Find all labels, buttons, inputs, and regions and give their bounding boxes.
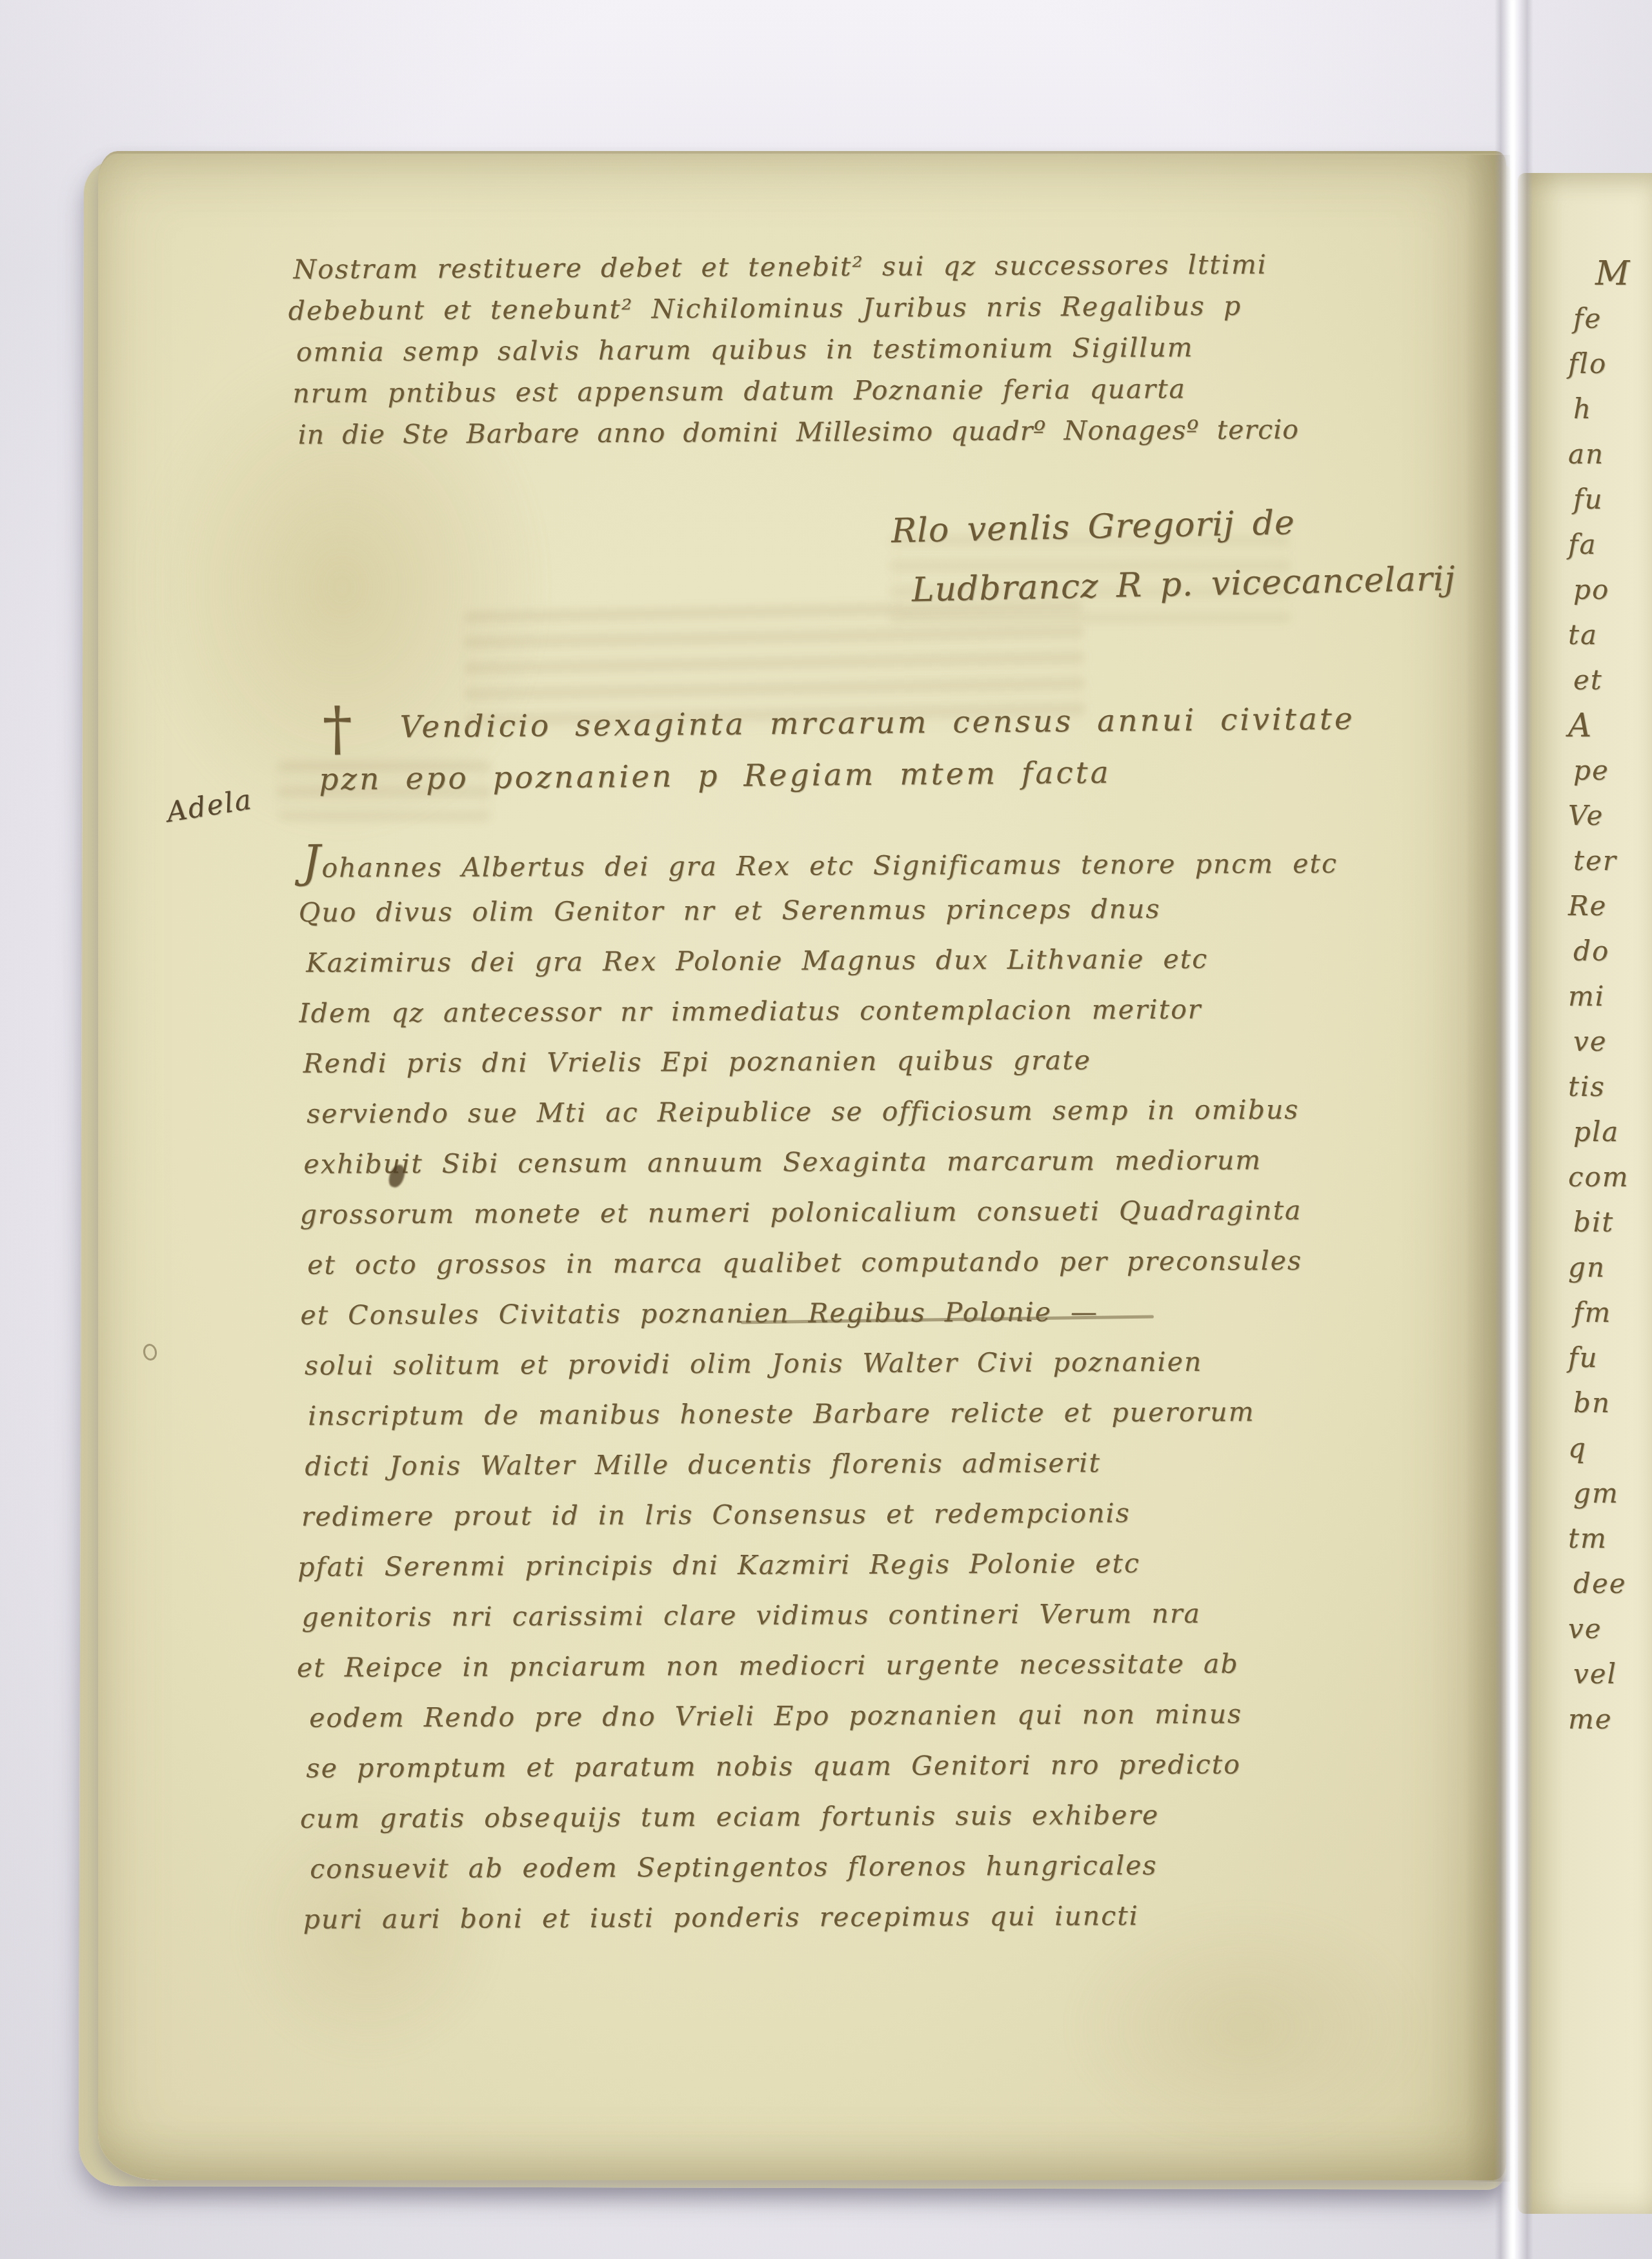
facing-line-fragment: pla: [1573, 1110, 1631, 1155]
manuscript-line: exhibuit Sibi censum annuum Sexaginta ma…: [303, 1135, 1439, 1190]
manuscript-scan: { "manuscript": { "top_paragraph": { "li…: [0, 0, 1652, 2259]
manuscript-line: Idem qz antecessor nr immediatus contemp…: [299, 984, 1438, 1039]
manuscript-line: serviendo sue Mti ac Reipublice se offic…: [307, 1084, 1439, 1140]
facing-line-fragment: fa: [1568, 523, 1631, 568]
facing-line-fragment: h: [1573, 387, 1631, 432]
facing-line-fragment: mi: [1568, 975, 1631, 1020]
facing-line-fragment: fe: [1573, 297, 1631, 342]
manuscript-line: pfati Serenmi principis dni Kazmiri Regi…: [297, 1537, 1441, 1593]
manuscript-line: Nostram restituere debet et tenebit² sui…: [293, 243, 1416, 290]
facing-line-fragment: an: [1568, 432, 1631, 478]
facing-line-fragment: Ve: [1568, 794, 1631, 839]
manuscript-line: inscriptum de manibus honeste Barbare re…: [308, 1386, 1440, 1442]
facing-line-fragment: dee: [1573, 1562, 1631, 1607]
facing-line-fragment: gm: [1573, 1472, 1631, 1517]
manuscript-line: consuevit ab eodem Septingentos florenos…: [310, 1839, 1442, 1895]
facing-line-fragment: me: [1568, 1697, 1631, 1743]
manuscript-line: Quo divus olim Genitor nr et Serenmus pr…: [299, 883, 1438, 938]
entry-heading: † Vendicio sexaginta mrcarum census annu…: [321, 694, 1418, 807]
facing-line-fragment: fu: [1573, 478, 1631, 523]
manuscript-line: Rendi pris dni Vrielis Epi poznanien qui…: [303, 1034, 1439, 1089]
facing-line-fragment: bn: [1573, 1381, 1631, 1426]
facing-line-fragment: flo: [1568, 342, 1631, 387]
facing-line-fragment: ter: [1573, 839, 1631, 884]
facing-page-text-fragments: MfeflohanfufapotaetApeVeterRedomivetispl…: [1568, 252, 1631, 1743]
manuscript-line: puri auri boni et iusti ponderis recepim…: [303, 1890, 1442, 1945]
manuscript-line: solui solitum et providi olim Jonis Walt…: [305, 1336, 1440, 1392]
manuscript-line: omnia semp salvis harum quibus in testim…: [296, 326, 1416, 373]
manuscript-line: et octo grossos in marca qualibet comput…: [307, 1235, 1440, 1291]
facing-line-fragment: bit: [1573, 1200, 1631, 1246]
facing-line-fragment: do: [1573, 929, 1631, 975]
cross-icon: †: [322, 694, 352, 763]
facing-line-fragment: com: [1568, 1155, 1631, 1200]
manuscript-line: grossorum monete et numeri polonicalium …: [300, 1185, 1440, 1241]
facing-line-fragment: et: [1573, 658, 1631, 704]
entry-body: Johannes Albertus dei gra Rex etc Signif…: [302, 833, 1442, 1945]
manuscript-line: redimere prout id in lris Consensus et r…: [301, 1487, 1441, 1543]
facing-line-fragment: q: [1568, 1426, 1631, 1472]
facing-line-fragment: ve: [1568, 1607, 1631, 1652]
manuscript-line: in die Ste Barbare anno domini Millesimo…: [298, 409, 1417, 456]
facing-line-fragment: tm: [1568, 1517, 1631, 1562]
manuscript-line: nrum pntibus est appensum datum Poznanie…: [292, 367, 1416, 414]
heading-line: pzn epo poznanien p Regiam mtem facta: [319, 745, 1419, 807]
manuscript-line: debebunt et tenebunt² Nichilominus Jurib…: [288, 285, 1416, 332]
entry-heading-lines: Vendicio sexaginta mrcarum census annui …: [321, 694, 1418, 807]
facing-line-fragment: ve: [1573, 1020, 1631, 1065]
facing-line-fragment: Re: [1568, 884, 1631, 929]
manuscript-line: se promptum et paratum nobis quam Genito…: [306, 1739, 1442, 1794]
facing-line-fragment: fu: [1568, 1336, 1631, 1381]
closing-paragraph: Nostram restituere debet et tenebit² sui…: [293, 243, 1417, 456]
facing-line-fragment: ta: [1568, 613, 1631, 658]
heading-line: Vendicio sexaginta mrcarum census annui …: [321, 694, 1418, 755]
manuscript-line: et Reipce in pnciarum non mediocri urgen…: [297, 1638, 1442, 1694]
facing-line-fragment: pe: [1573, 749, 1631, 794]
manuscript-line: dicti Jonis Walter Mille ducentis floren…: [305, 1437, 1440, 1492]
manuscript-line: genitoris nri carissimi clare vidimus co…: [301, 1588, 1441, 1643]
facing-line-fragment: vel: [1573, 1652, 1631, 1697]
relatio-line: Ludbrancz R p. vicecancelarij: [911, 551, 1456, 622]
manuscript-line: Johannes Albertus dei gra Rex etc Signif…: [302, 833, 1438, 888]
facing-line-fragment: tis: [1568, 1065, 1631, 1110]
manuscript-line: cum gratis obsequijs tum eciam fortunis …: [300, 1789, 1442, 1845]
relatio-signature: Rlo venlis Gregorij deLudbrancz R p. vic…: [891, 491, 1456, 622]
manuscript-line: Kazimirus dei gra Rex Polonie Magnus dux…: [306, 933, 1438, 989]
facing-line-fragment: A: [1568, 704, 1631, 749]
facing-line-fragment: fm: [1573, 1291, 1631, 1336]
facing-line-fragment: gn: [1568, 1246, 1631, 1291]
facing-line-fragment: po: [1573, 568, 1631, 613]
facing-line-fragment: M: [1595, 252, 1631, 297]
manuscript-line: eodem Rendo pre dno Vrieli Epo poznanien…: [309, 1688, 1442, 1744]
manuscript-line: et Consules Civitatis poznanien Regibus …: [300, 1286, 1440, 1341]
